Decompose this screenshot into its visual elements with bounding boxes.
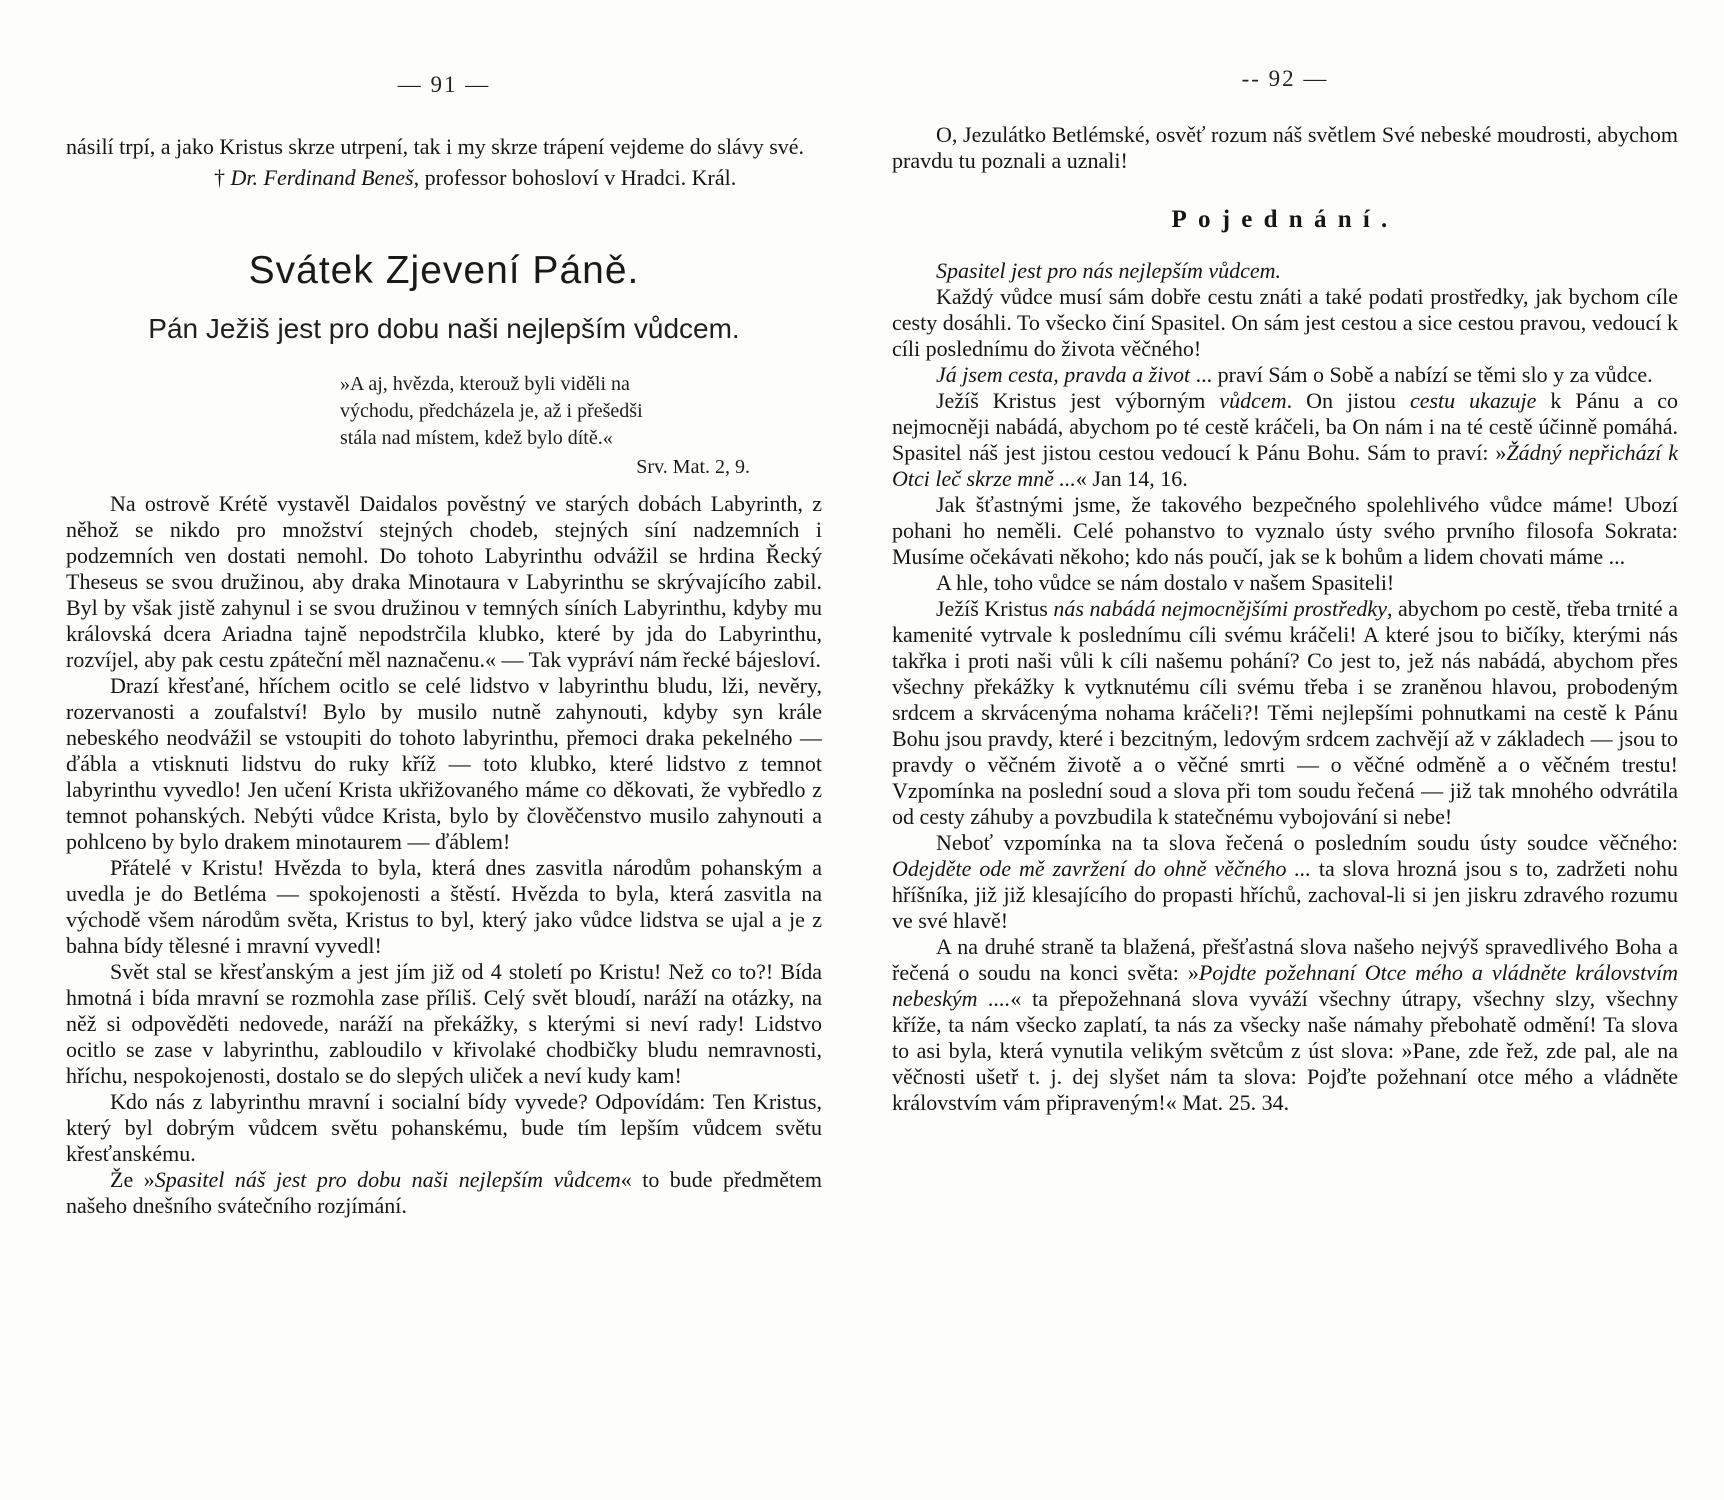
- article-title: Svátek Zjevení Páně.: [66, 249, 822, 293]
- body-paragraph: Neboť vzpomínka na ta slova řečená o pos…: [892, 830, 1678, 934]
- epigraph-line: východu, předcházela je, až i přešedši: [340, 398, 808, 425]
- article-subtitle: Pán Ježiš jest pro dobu naši nejlepším v…: [66, 313, 822, 345]
- page-92: -- 92 — O, Jezulátko Betlémské, osvěť ro…: [862, 0, 1724, 1500]
- epigraph-line: stála nad místem, kdež bylo dítě.«: [340, 425, 808, 452]
- author-attribution: † Dr. Ferdinand Beneš, professor bohoslo…: [66, 165, 822, 191]
- section-heading: Pojednání.: [892, 206, 1678, 234]
- book-spread: — 91 — násilí trpí, a jako Kristus skrze…: [0, 0, 1724, 1500]
- body-paragraph: Kdo nás z labyrinthu mravní i socialní b…: [66, 1089, 822, 1167]
- epigraph-line: »A aj, hvězda, kterouž byli viděli na: [340, 371, 808, 398]
- scripture-epigraph: »A aj, hvězda, kterouž byli viděli na vý…: [340, 371, 808, 481]
- body-paragraph: Každý vůdce musí sám dobře cestu znáti a…: [892, 284, 1678, 362]
- thesis-line: Spasitel jest pro nás nejlepším vůdcem.: [892, 258, 1678, 284]
- carryover-paragraph: násilí trpí, a jako Kristus skrze utrpen…: [66, 134, 822, 160]
- body-paragraph: Já jsem cesta, pravda a život ... praví …: [892, 362, 1678, 388]
- page-91: — 91 — násilí trpí, a jako Kristus skrze…: [0, 0, 862, 1500]
- epigraph-source: Srv. Mat. 2, 9.: [340, 454, 808, 481]
- intro-paragraph: O, Jezulátko Betlémské, osvěť rozum náš …: [892, 122, 1678, 174]
- body-paragraph: A na druhé straně ta blažená, přešťastná…: [892, 934, 1678, 1116]
- body-paragraph: Jak šťastnými jsme, že takového bezpečné…: [892, 492, 1678, 570]
- body-paragraph: Drazí křesťané, hříchem ocitlo se celé l…: [66, 673, 822, 855]
- page-number-right: -- 92 —: [892, 66, 1678, 92]
- body-paragraph: Že »Spasitel náš jest pro dobu naši nejl…: [66, 1167, 822, 1219]
- body-paragraph: Přátelé v Kristu! Hvězda to byla, která …: [66, 855, 822, 959]
- body-paragraph: Ježíš Kristus nás nabádá nejmocnějšími p…: [892, 596, 1678, 830]
- body-paragraph: Na ostrově Krétě vystavěl Daidalos pověs…: [66, 491, 822, 673]
- body-paragraph: Svět stal se křesťanským a jest jím již …: [66, 959, 822, 1089]
- body-paragraph: A hle, toho vůdce se nám dostalo v našem…: [892, 570, 1678, 596]
- page-number-left: — 91 —: [66, 72, 822, 98]
- body-paragraph: Ježíš Kristus jest výborným vůdcem. On j…: [892, 388, 1678, 492]
